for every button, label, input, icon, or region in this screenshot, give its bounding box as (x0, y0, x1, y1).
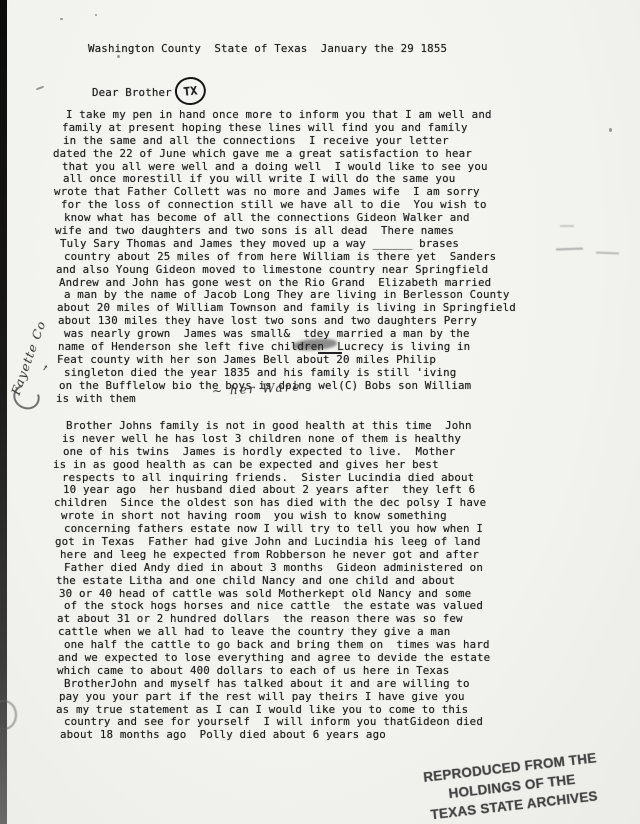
letter-line: family at present hoping these lines wil… (62, 122, 570, 135)
letter-line: BrotherJohn and myself has talked about … (64, 678, 570, 691)
letter-line: and we expected to lose everything and a… (58, 652, 570, 665)
scan-speck (117, 55, 120, 58)
letter-line: wife and two daughters and two sons is a… (55, 225, 570, 238)
letter-line: is never well he has lost 3 children non… (62, 433, 570, 446)
letter-dateline: Washington County State of Texas January… (88, 42, 447, 55)
letter-line: singleton died the year 1835 and his fam… (64, 367, 570, 380)
scan-speck (609, 128, 612, 132)
letter-line: on the Bufflelow bio the boys is doing w… (59, 380, 570, 393)
margin-arrow-mark: ↗ (41, 361, 49, 373)
salutation-row: Dear Brother TX (92, 78, 206, 106)
ink-smudge-underline (318, 352, 342, 354)
scan-speck (36, 86, 44, 91)
letter-line: which came to about 400 dollars to each … (57, 665, 570, 678)
scan-artifact-dash (560, 225, 574, 227)
letter-line: the estate Litha and one child Nancy and… (56, 575, 570, 588)
letter-line: Feat county with her son James Bell abou… (57, 354, 570, 367)
letter-line: is in as good health as can be expected … (53, 459, 570, 472)
letter-line: one of his twins James is hordly expecte… (63, 446, 570, 459)
scan-artifact-dash (596, 252, 619, 255)
letter-line: and also Young Gideon moved to limestone… (56, 264, 570, 277)
letter-line: is with them (56, 393, 570, 406)
hole-punch-ring-bottom (0, 700, 17, 730)
letter-line: here and leeg he expected from Robberson… (60, 549, 570, 562)
letter-line: got in Texas Father had give John and Lu… (55, 536, 570, 549)
letter-paragraph-2: Brother Johns family is not in good heal… (50, 420, 570, 742)
letter-line: country about 25 miles of from here Will… (64, 251, 570, 264)
letter-line: about 18 months ago Polly died about 6 y… (60, 729, 570, 742)
salutation-text: Dear Brother (92, 86, 172, 99)
letter-paragraph-1: I take my pen in hand once more to infor… (50, 109, 570, 405)
letter-line: pay you your part if the rest will pay t… (59, 691, 570, 704)
scanned-letter-page: Washington County State of Texas January… (0, 0, 640, 824)
letter-line: in the same and all the connections I re… (63, 135, 570, 148)
tx-stamp-text: TX (183, 83, 198, 98)
scan-speck (95, 14, 97, 16)
letter-line: Tuly Sary Thomas and James they moved up… (60, 238, 570, 251)
tx-circle-stamp: TX (173, 75, 207, 106)
archives-stamp: REPRODUCED FROM THE HOLDINGS OF THE TEXA… (386, 744, 639, 824)
scan-speck (60, 18, 63, 20)
letter-line: dated the 22 of June which gave me a gre… (53, 148, 570, 161)
letter-line: Father died Andy died in about 3 months … (64, 562, 570, 575)
letter-line: I take my pen in hand once more to infor… (66, 109, 570, 122)
letter-line: Brother Johns family is not in good heal… (66, 420, 570, 433)
